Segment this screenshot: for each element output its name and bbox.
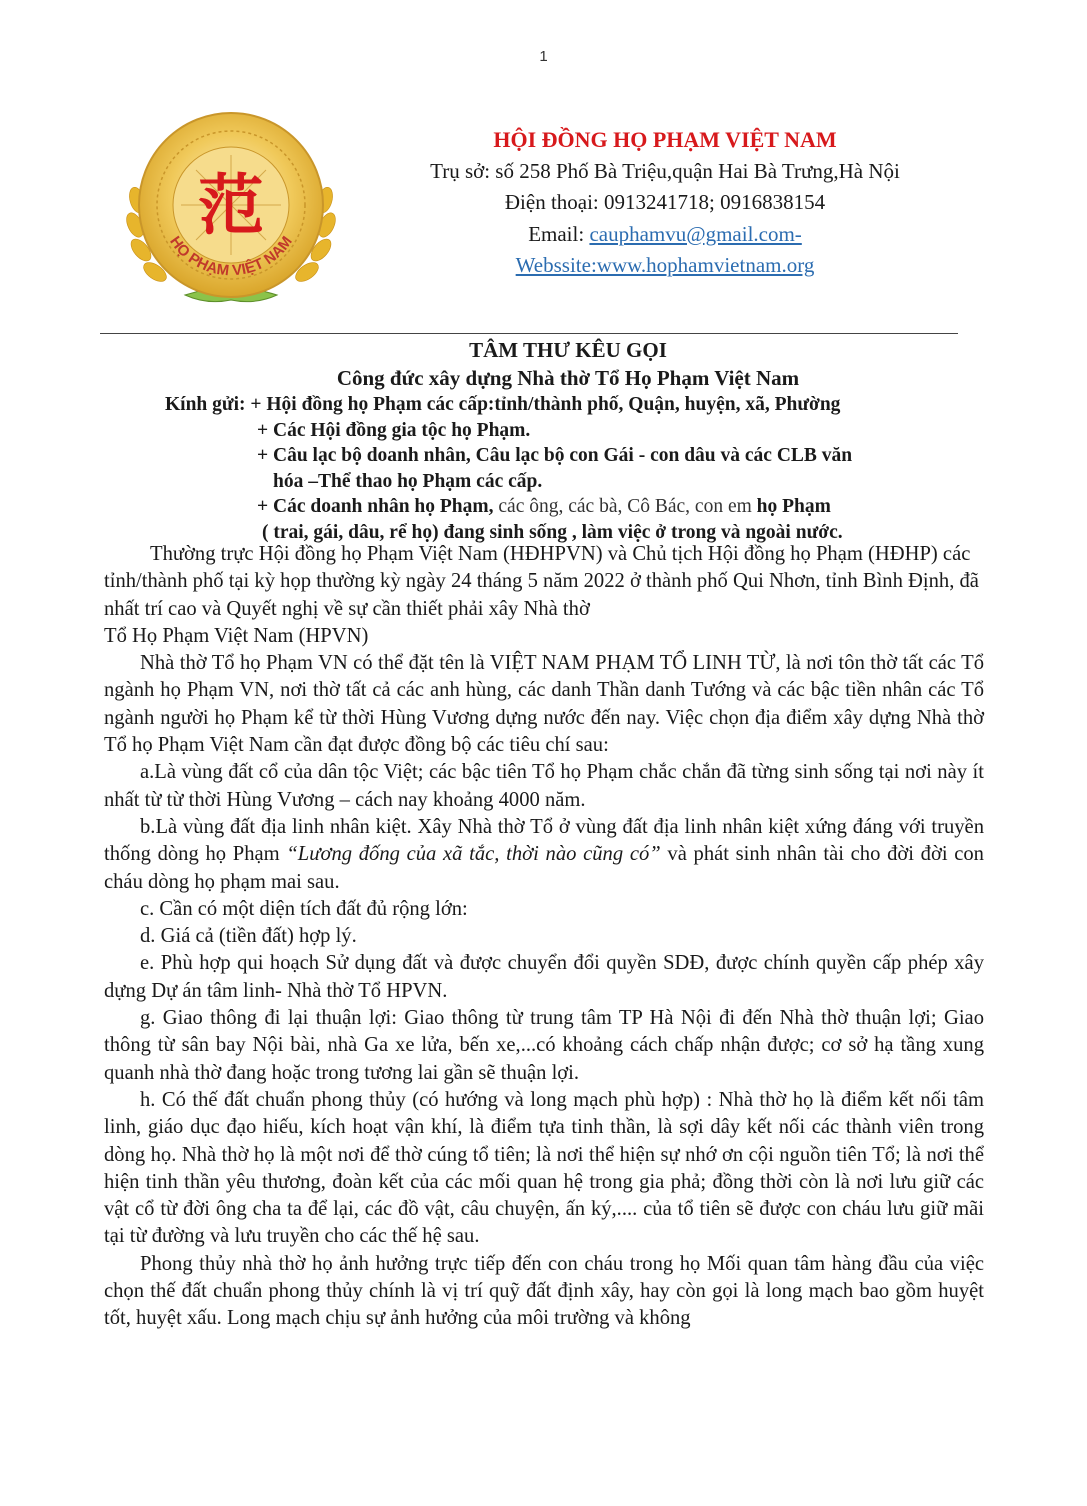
- letter-title: TÂM THƯ KÊU GỌI: [100, 336, 1036, 364]
- recipient-item: ( trai, gái, dâu, rể họ) đang sinh sống …: [262, 522, 843, 543]
- letter-heading: TÂM THƯ KÊU GỌI Công đức xây dựng Nhà th…: [100, 336, 1036, 392]
- organization-phone: Điện thoại: 0913241718; 0916838154: [355, 187, 975, 219]
- crest-logo-icon: 范 HỌ PHẠM VIỆT NAM: [115, 100, 347, 314]
- paragraph-temple-name: Nhà thờ Tổ họ Phạm VN có thể đặt tên là …: [104, 650, 984, 759]
- letter-body: Thường trực Hội đồng họ Phạm Việt Nam (H…: [104, 541, 984, 1333]
- organization-website-row: Webssite:www.hophamvietnam.org: [355, 250, 975, 282]
- organization-address: Trụ sở: số 258 Phố Bà Triệu,quận Hai Bà …: [355, 156, 975, 188]
- recipient-row: + Các doanh nhân họ Phạm, các ông, các b…: [165, 494, 965, 520]
- recipients-label: Kính gửi:: [165, 394, 250, 415]
- paragraph-fengshui: Phong thủy nhà thờ họ ảnh hưởng trực tiế…: [104, 1251, 984, 1333]
- criterion-b: b.Là vùng đất địa linh nhân kiệt. Xây Nh…: [104, 814, 984, 896]
- svg-text:范: 范: [198, 167, 264, 244]
- criterion-h: h. Có thế đất chuẩn phong thủy (có hướng…: [104, 1087, 984, 1251]
- organization-header: HỘI ĐỒNG HỌ PHẠM VIỆT NAM Trụ sở: số 258…: [355, 124, 975, 282]
- criterion-a: a.Là vùng đất cổ của dân tộc Việt; các b…: [104, 759, 984, 814]
- criterion-d: d. Giá cả (tiền đất) hợp lý.: [104, 923, 984, 950]
- crest-emblem-svg: 范 HỌ PHẠM VIỆT NAM: [115, 100, 347, 314]
- recipient-item: + Các doanh nhân họ Phạm,: [257, 496, 498, 517]
- email-label: Email:: [528, 222, 589, 246]
- recipient-item: các ông, các bà, Cô Bác, con em: [498, 496, 756, 517]
- paragraph-resolution: Thường trực Hội đồng họ Phạm Việt Nam (H…: [104, 541, 984, 623]
- recipient-item: + Hội đồng họ Phạm các cấp:tỉnh/thành ph…: [250, 394, 840, 415]
- recipient-row: + Các Hội đồng gia tộc họ Phạm.: [165, 418, 965, 444]
- criterion-g: g. Giao thông đi lại thuận lợi: Giao thô…: [104, 1005, 984, 1087]
- recipient-item: họ Phạm: [757, 496, 831, 517]
- criterion-e: e. Phù hợp qui hoạch Sử dụng đất và được…: [104, 950, 984, 1005]
- email-link[interactable]: cauphamvu@gmail.com-: [589, 222, 801, 246]
- recipient-row: Kính gửi: + Hội đồng họ Phạm các cấp:tỉn…: [165, 392, 965, 418]
- letter-subtitle: Công đức xây dựng Nhà thờ Tổ Họ Phạm Việ…: [100, 364, 1036, 392]
- paragraph-resolution-end: Tổ Họ Phạm Việt Nam (HPVN): [104, 623, 984, 650]
- criterion-c: c. Cần có một diện tích đất đủ rộng lớn:: [104, 896, 984, 923]
- website-link[interactable]: Webssite:www.hophamvietnam.org: [516, 253, 815, 277]
- recipient-row: + Câu lạc bộ doanh nhân, Câu lạc bộ con …: [165, 443, 965, 469]
- organization-email-row: Email: cauphamvu@gmail.com-: [355, 219, 975, 251]
- recipient-item: + Câu lạc bộ doanh nhân, Câu lạc bộ con …: [257, 445, 852, 466]
- criterion-b-quote: “Lương đống của xã tắc, thời nào cũng có…: [286, 843, 660, 865]
- organization-name: HỘI ĐỒNG HỌ PHẠM VIỆT NAM: [355, 124, 975, 156]
- recipient-item: hóa –Thể thao họ Phạm các cấp.: [273, 471, 542, 492]
- page-number: 1: [0, 48, 1087, 65]
- recipient-row: hóa –Thể thao họ Phạm các cấp.: [165, 469, 965, 495]
- recipients-list: Kính gửi: + Hội đồng họ Phạm các cấp:tỉn…: [165, 392, 965, 545]
- recipient-item: + Các Hội đồng gia tộc họ Phạm.: [257, 420, 530, 441]
- header-divider: [100, 333, 958, 334]
